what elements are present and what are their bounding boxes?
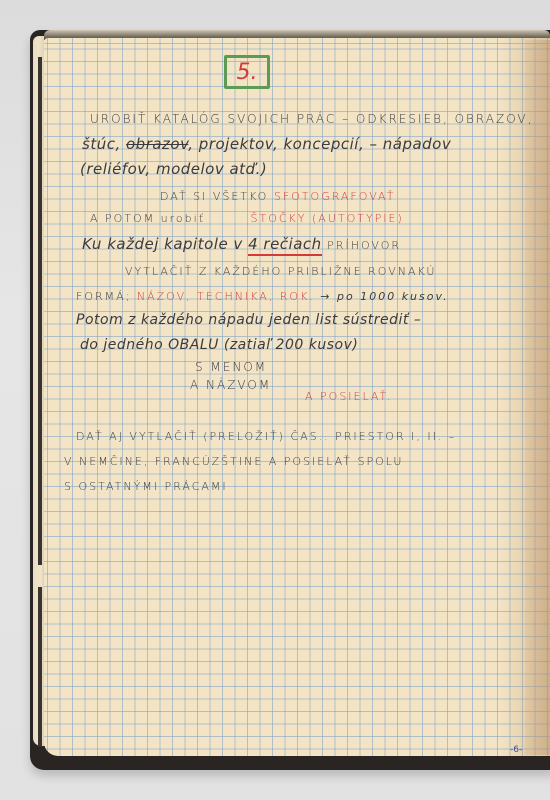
note-line-8: FORMÁ; NÁZOV, TECHNIKA, ROK. → po 1000 k…	[76, 290, 449, 303]
red-note-text: NÁZOV, TECHNIKA, ROK.	[137, 290, 315, 303]
note-text: Ku každej kapitole v	[82, 235, 248, 253]
note-line-3: (reliéfov, modelov atď.)	[80, 160, 267, 178]
note-line-10: do jedného OBALU (zatiaľ 200 kusov)	[80, 337, 358, 353]
note-text: FORMÁ;	[76, 290, 137, 303]
note-line-6: Ku každej kapitole v 4 rečiach PRÍHOVOR	[82, 235, 401, 253]
spine-strip	[38, 57, 42, 747]
note-line-14: DAŤ AJ VYTLAČIŤ (PRELOŽIŤ) ČAS.. PRIESTO…	[76, 430, 456, 443]
note-line-12: A NÁZVOM	[190, 378, 271, 392]
note-text: → po 1000 kusov.	[315, 290, 449, 303]
note-line-13: A POSIELAŤ.	[305, 390, 392, 403]
note-text: PRÍHOVOR	[322, 239, 401, 252]
note-text: DAŤ SI VŠETKO	[160, 190, 274, 203]
page-number: -6-	[510, 745, 522, 755]
chapter-number: 5.	[237, 60, 258, 85]
note-line-9: Potom z každého nápadu jeden list sústre…	[76, 312, 421, 328]
note-line-15: V NEMČINE, FRANCÚZŠTINE A POSIELAŤ SPOLU	[64, 455, 403, 468]
chapter-number-box: 5.	[224, 55, 270, 89]
spine-gap	[38, 565, 42, 587]
note-text: A POTOM urobiť	[90, 212, 211, 225]
note-text: štúc,	[82, 135, 126, 153]
note-line-2: štúc, obrazov, projektov, koncepcií, – n…	[82, 135, 451, 153]
note-line-5: A POTOM urobiť ŠTOČKY (AUTOTYPIE)	[90, 212, 404, 225]
crossed-out-word: obrazov	[126, 135, 188, 153]
note-line-1: UROBIŤ KATALÓG SVOJICH PRÁC – ODKRESIEB,…	[90, 112, 533, 126]
red-note-text: ŠTOČKY (AUTOTYPIE)	[251, 212, 404, 225]
red-note-text: SFOTOGRAFOVAŤ	[274, 190, 396, 203]
note-line-16: S OSTATNÝMI PRÁCAMI	[64, 480, 228, 493]
note-line-11: S MENOM	[195, 360, 267, 374]
note-line-7: VYTLAČIŤ Z KAŽDÉHO PRIBLIŽNE ROVNAKÚ	[125, 265, 436, 278]
underlined-text: 4 rečiach	[248, 235, 322, 256]
note-text: , projektov, koncepcií, – nápadov	[188, 135, 451, 153]
note-line-4: DAŤ SI VŠETKO SFOTOGRAFOVAŤ	[160, 190, 395, 203]
page-edge-tint	[525, 40, 550, 755]
